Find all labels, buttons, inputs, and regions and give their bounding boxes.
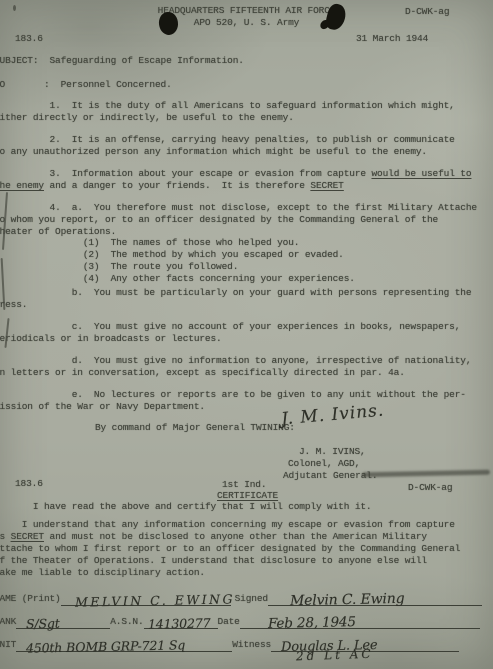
signed-field: Melvin C. Ewing — [268, 588, 482, 606]
form-row-rank: RANK S/Sgt A.S.N. 14130277 Date Feb 28, … — [0, 612, 480, 629]
unit-label: UNIT — [0, 639, 16, 652]
paragraph-4a: 4. a. You therefore must not disclose, e… — [0, 202, 493, 238]
paragraph-2: 2. It is an offense, carrying heavy pena… — [0, 134, 493, 158]
form-row-name: NAME (Print) MELVIN C. EWING Signed Melv… — [0, 589, 482, 606]
name-value: MELVIN C. EWING — [75, 592, 235, 608]
rank-label: RANK — [0, 616, 16, 629]
paragraph-4e: e. No lectures or reports are to be give… — [0, 389, 493, 413]
asn-value: 14130277 — [147, 616, 210, 630]
witness-label: Witness — [232, 639, 271, 652]
asn-label: A.S.N. — [110, 616, 143, 629]
document-page: HEADQUARTERS FIFTEENTH AIR FORCE APO 520… — [0, 0, 493, 669]
indorsement-office-symbol: D-CWK-ag — [408, 482, 452, 494]
certificate-secret-word: SECRET — [11, 531, 44, 542]
asn-field: 14130277 — [144, 611, 218, 629]
name-field: MELVIN C. EWING — [61, 588, 231, 606]
date-line: 31 March 1944 — [356, 33, 428, 45]
to-line: TO : Personnel Concerned. — [0, 79, 172, 91]
paragraph-3-text: and a danger to your friends. It is ther… — [44, 180, 310, 191]
signed-label: Signed — [231, 593, 268, 606]
witness-rank: 2d Lt AC — [296, 648, 374, 663]
signature-rank: Colonel, AGD, — [288, 458, 360, 470]
signature-title: Adjutant General. — [283, 470, 377, 482]
paragraph-4a-items: (1) The names of those who helped you. (… — [0, 237, 493, 285]
edge-mark — [13, 5, 16, 11]
unit-value: 450th BOMB GRP-721 Sq — [26, 638, 185, 654]
rank-field: S/Sgt — [16, 611, 110, 629]
letterhead-line2: APO 520, U. S. Army — [0, 17, 493, 29]
date-label: Date — [218, 616, 240, 629]
signed-value: Melvin C. Ewing — [290, 593, 405, 608]
comply-line: I have read the above and certify that I… — [0, 501, 493, 513]
paragraph-4d: d. You must give no information to anyon… — [0, 355, 493, 379]
certificate-paragraph: I understand that any information concer… — [0, 519, 493, 579]
form-row-unit: UNIT 450th BOMB GRP-721 Sq Witness Dougl… — [0, 635, 459, 652]
certificate-text: and must not be disclosed to anyone othe… — [0, 531, 460, 578]
paragraph-3-secret-word: SECRET — [310, 180, 343, 191]
paragraph-3: 3. Information about your escape or evas… — [0, 168, 493, 192]
by-command-line: By command of Major General TWINING: — [95, 422, 295, 434]
signature-name: J. M. IVINS, — [299, 446, 366, 458]
adjutant-signature: J. M. Ivins. — [281, 405, 385, 426]
smudge-streak — [362, 470, 490, 478]
office-symbol: D-CWK-ag — [405, 6, 449, 18]
unit-field: 450th BOMB GRP-721 Sq — [16, 634, 232, 652]
paragraph-4b: b. You must be particularly on your guar… — [0, 287, 493, 311]
rank-value: S/Sgt — [26, 617, 60, 631]
date-value: Feb 28, 1945 — [268, 616, 356, 631]
name-label: NAME (Print) — [0, 593, 61, 606]
file-number: 183.6 — [15, 33, 43, 45]
subject-line: SUBJECT: Safeguarding of Escape Informat… — [0, 55, 244, 67]
paragraph-3-text: 3. Information about your escape or evas… — [0, 168, 371, 179]
paragraph-1: 1. It is the duty of all Americans to sa… — [0, 100, 493, 124]
paragraph-4c: c. You must give no account of your expe… — [0, 321, 493, 345]
indorsement-file-number: 183.6 — [15, 478, 43, 490]
date-field: Feb 28, 1945 — [240, 611, 480, 629]
